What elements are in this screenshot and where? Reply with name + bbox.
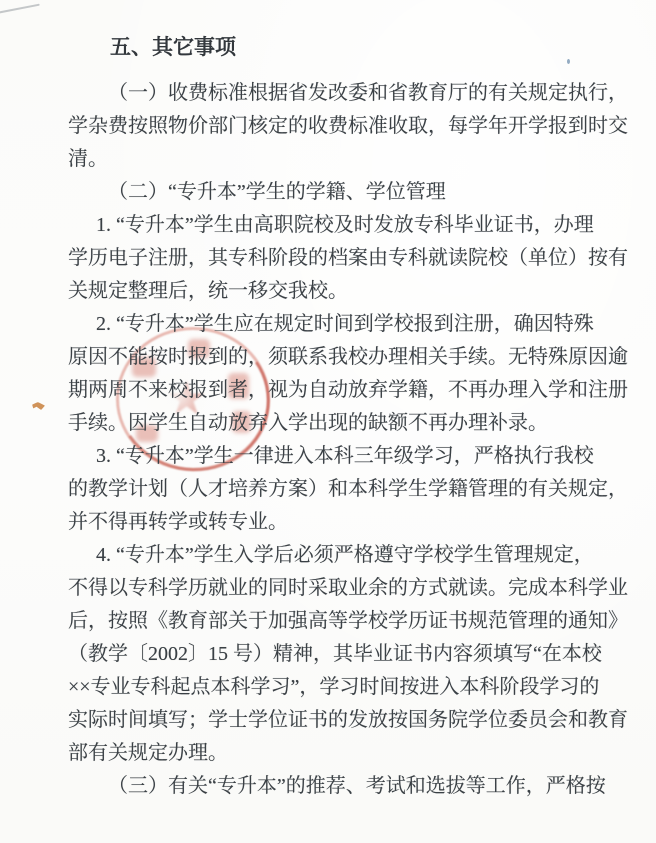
text-line: 并不得再转学或转专业。 [68,506,634,539]
section-heading: 五、其它事项 [68,30,634,64]
corner-scratch-mark [0,4,40,15]
text-line: （二）“专升本”学生的学籍、学位管理 [68,176,634,209]
text-line: （一）收费标准根据省发改委和省教育厅的有关规定执行， [68,77,634,110]
text-line: 实际时间填写；学士学位证书的发放按国务院学位委员会和教育 [68,704,634,737]
text-line: 学历电子注册，其专科阶段的档案由专科就读院校（单位）按有 [68,242,634,275]
text-line: 不得以专科学历就业的同时采取业余的方式就读。完成本科学业 [68,572,634,605]
text-line: 3. “专升本”学生一律进入本科三年级学习，严格执行我校 [68,440,634,473]
orange-smudge-mark [32,402,45,410]
text-line: 学杂费按照物价部门核定的收费标准收取，每学年开学报到时交 [68,110,634,143]
text-line: 部有关规定办理。 [68,737,634,770]
text-line: 原因不能按时报到的，须联系我校办理相关手续。无特殊原因逾 [68,341,634,374]
paragraph-lines: （一）收费标准根据省发改委和省教育厅的有关规定执行，学杂费按照物价部门核定的收费… [68,77,634,803]
text-line: 2. “专升本”学生应在规定时间到学校报到注册，确因特殊 [68,308,634,341]
text-line: 4. “专升本”学生入学后必须严格遵守学校学生管理规定， [68,539,634,572]
text-line: ××专业专科起点本科学习”，学习时间按进入本科阶段学习的 [68,671,634,704]
text-line: 清。 [68,143,634,176]
text-line: （三）有关“专升本”的推荐、考试和选拔等工作，严格按 [68,770,634,803]
text-line: （教学〔2002〕15 号）精神，其毕业证书内容须填写“在本校 [68,638,634,671]
document-body: 五、其它事项 （一）收费标准根据省发改委和省教育厅的有关规定执行，学杂费按照物价… [68,30,634,803]
text-line: 期两周不来校报到者，视为自动放弃学籍，不再办理入学和注册 [68,374,634,407]
text-line: 1. “专升本”学生由高职院校及时发放专科毕业证书，办理 [68,209,634,242]
text-line: 后，按照《教育部关于加强高等学校学历证书规范管理的通知》 [68,605,634,638]
scanned-document-page: ★ 五、其它事项 （一）收费标准根据省发改委和省教育厅的有关规定执行，学杂费按照… [0,0,656,843]
text-line: 关规定整理后，统一移交我校。 [68,275,634,308]
text-line: 手续。因学生自动放弃入学出现的缺额不再办理补录。 [68,407,634,440]
text-line: 的教学计划（人才培养方案）和本科学生学籍管理的有关规定， [68,473,634,506]
